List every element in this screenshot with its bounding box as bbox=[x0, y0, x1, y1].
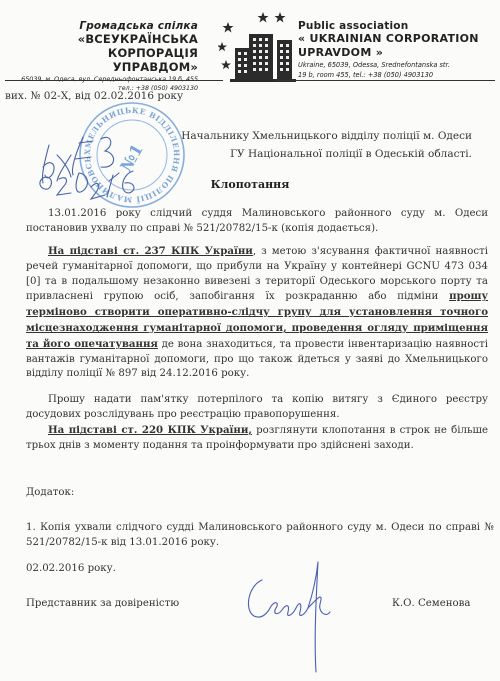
paragraph-1-text: 13.01.2016 року слідчий суддя Малиновськ… bbox=[26, 207, 488, 237]
signer-role: Представник за довіреністю bbox=[26, 598, 179, 609]
letterhead-en-address: Ukraine, 65039, Odessa, Srednefontanska … bbox=[298, 61, 479, 69]
letterhead-en: Public association « UKRAINIAN CORPORATI… bbox=[298, 20, 479, 79]
legal-basis-art-237: На підставі ст. 237 КПК України bbox=[48, 245, 253, 257]
paragraph-court-ruling: 13.01.2016 року слідчий суддя Малиновськ… bbox=[26, 207, 488, 237]
city-buildings-with-stars-icon bbox=[218, 8, 308, 83]
letterhead-en-line3: UPRAVDOM » bbox=[298, 46, 479, 60]
addressee-line2: ГУ Національної поліції в Одеській облас… bbox=[181, 145, 472, 163]
paragraph-request: На підставі ст. 237 КПК України, з метою… bbox=[26, 244, 488, 382]
paragraph-deadline: На підставі ст. 220 КПК України, розглян… bbox=[26, 423, 488, 454]
letterhead-en-line1: Public association bbox=[298, 20, 479, 32]
letterhead-ua: Громадська спілка «ВСЕУКРАЇНСЬКА КОРПОРА… bbox=[0, 20, 198, 92]
appendix-heading: Додаток: bbox=[26, 487, 74, 498]
letterhead-ua-line3: УПРАВДОМ» bbox=[0, 60, 198, 74]
letterhead-ua-line2: «ВСЕУКРАЇНСЬКА КОРПОРАЦІЯ bbox=[0, 32, 198, 60]
addressee-block: Начальнику Хмельницького відділу поліції… bbox=[181, 127, 472, 163]
document-title: Клопотання bbox=[0, 178, 500, 191]
letterhead-en-line2: « UKRAINIAN CORPORATION bbox=[298, 32, 479, 46]
addressee-line1: Начальнику Хмельницького відділу поліції… bbox=[181, 127, 472, 145]
letterhead-divider-right bbox=[275, 80, 495, 81]
signer-name: К.О. Семенова bbox=[392, 598, 470, 609]
appendix-item: 1. Копія ухвали слідчого судді Малиновсь… bbox=[26, 520, 494, 550]
paragraph-memo-request: Прошу надати пам'ятку потерпілого та коп… bbox=[26, 393, 488, 423]
letterhead-ua-line1: Громадська спілка bbox=[0, 20, 198, 32]
letterhead-en-phone: 19 b, room 455, tel.: +38 (050) 4903130 bbox=[298, 71, 479, 79]
handwritten-signature-icon bbox=[240, 560, 350, 675]
document-date: 02.02.2016 року. bbox=[26, 563, 116, 574]
document-page: Громадська спілка «ВСЕУКРАЇНСЬКА КОРПОРА… bbox=[0, 0, 500, 681]
paragraph-3-text: Прошу надати пам'ятку потерпілого та коп… bbox=[26, 393, 488, 423]
letterhead-divider-left bbox=[5, 80, 223, 81]
legal-basis-art-220: На підставі ст. 220 КПК України, bbox=[48, 424, 252, 436]
